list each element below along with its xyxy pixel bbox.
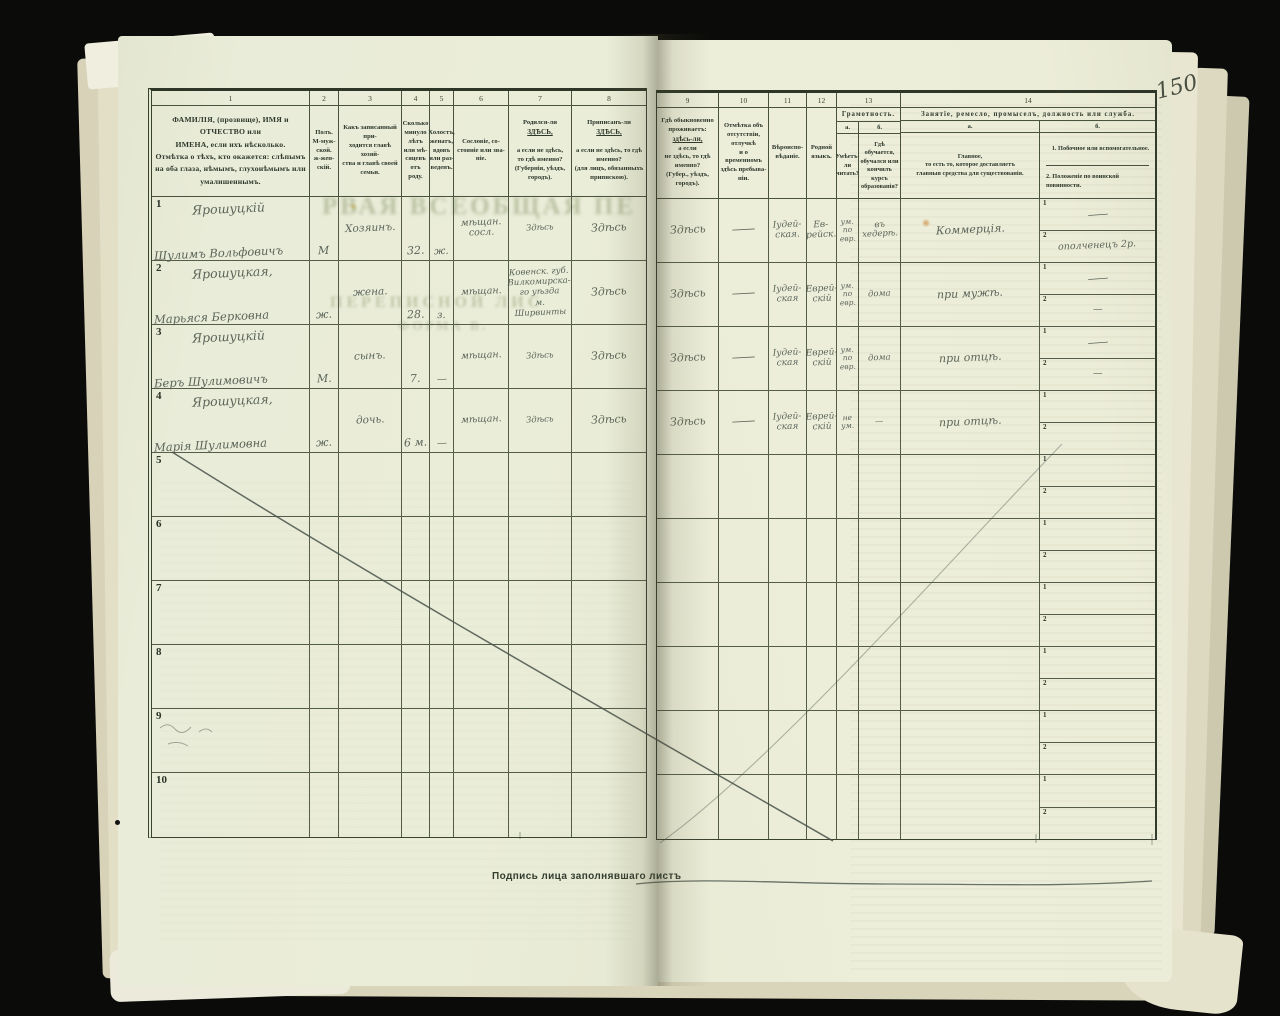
right-table-body: Здѣсь — Іудей- ская. Ев- рейск. ум. по е… bbox=[657, 199, 1155, 839]
subcell-label: 2 bbox=[1043, 295, 1047, 303]
name-cell: 3 Ярошуцкій Беръ Шулимовичъ bbox=[152, 325, 310, 388]
education-cell: — bbox=[859, 391, 901, 454]
military-status-subcell: 2 bbox=[1040, 423, 1155, 454]
birthplace-cell bbox=[509, 773, 572, 837]
header-age-column: Сколько минуло лѣтъ или мѣ- сяцевъ отъ р… bbox=[402, 106, 430, 196]
table-row: 5 bbox=[152, 453, 646, 517]
subcell-label: 2 bbox=[1043, 359, 1047, 367]
marital-cell: — bbox=[430, 325, 454, 388]
column-number: 9 bbox=[657, 93, 719, 107]
education-cell bbox=[859, 647, 901, 710]
column-number-row: 9 10 11 12 13 14 bbox=[657, 93, 1155, 108]
occupation-main-cell: при мужѣ. bbox=[901, 263, 1040, 326]
row-number: 5 bbox=[156, 454, 162, 466]
side-occupation-subcell: 1 bbox=[1040, 455, 1155, 487]
table-row: 1 2 bbox=[657, 711, 1155, 775]
registration-cell: Здѣсь bbox=[572, 261, 646, 324]
birthplace-cell bbox=[509, 709, 572, 772]
subcell-label: 2 bbox=[1043, 487, 1047, 495]
education-cell: въ хедерѣ. bbox=[859, 199, 901, 262]
column-number: 11 bbox=[769, 93, 807, 107]
education-cell bbox=[859, 519, 901, 582]
marital-cell: з. bbox=[430, 261, 454, 324]
residence-cell bbox=[657, 583, 719, 646]
header-absence-column: Отмѣтка объ отсутствіи, отлучкѣ и о врем… bbox=[719, 108, 769, 198]
literacy-b-label: б. bbox=[859, 122, 900, 133]
residence-cell bbox=[657, 519, 719, 582]
birthplace-cell bbox=[509, 517, 572, 580]
residence-cell: Здѣсь bbox=[657, 327, 719, 390]
absence-cell: — bbox=[719, 199, 769, 262]
education-cell: дома bbox=[859, 263, 901, 326]
occupation-b-label: б. bbox=[1040, 121, 1155, 132]
sex-cell bbox=[310, 453, 339, 516]
sex-cell: ж. bbox=[310, 389, 339, 452]
occupation-side-cell: 1 2 bbox=[1040, 775, 1155, 839]
subcell-label: 1 bbox=[1043, 455, 1047, 463]
relation-cell: Хозяинъ. bbox=[339, 197, 402, 260]
sex-cell: М bbox=[310, 197, 339, 260]
header-religion-column: Вѣроиспо- вѣданіе. bbox=[769, 108, 807, 198]
relation-cell: дочь. bbox=[339, 389, 402, 452]
literacy-cell bbox=[837, 711, 859, 774]
row-number: 8 bbox=[156, 646, 162, 658]
name-cell: 5 bbox=[152, 453, 310, 516]
relation-cell bbox=[339, 517, 402, 580]
header-language-column: Родной языкъ. bbox=[807, 108, 837, 198]
residence-cell bbox=[657, 711, 719, 774]
military-status-subcell: 2 bbox=[1040, 679, 1155, 710]
literacy-cell: ум. по евр. bbox=[837, 263, 859, 326]
military-status-subcell: 2 bbox=[1040, 487, 1155, 518]
residence-cell bbox=[657, 455, 719, 518]
literacy-a-desc: Умѣетъ- ли читать? bbox=[837, 134, 859, 198]
header-residence-column: Гдѣ обыкновенно проживаетъ: здѣсь-ли, а … bbox=[657, 108, 719, 198]
table-row: 3 Ярошуцкій Беръ Шулимовичъ М. сынъ. 7. … bbox=[152, 325, 646, 389]
occupation-main-cell bbox=[901, 775, 1040, 839]
census-table-right-page: 9 10 11 12 13 14 Гдѣ обыкновенно прожива… bbox=[656, 90, 1157, 840]
occupation-b-desc: 1. Побочное или вспомогательное. 2. Поло… bbox=[1040, 133, 1155, 198]
language-cell: Еврей- скій bbox=[807, 391, 837, 454]
marital-cell bbox=[430, 773, 454, 837]
age-cell bbox=[402, 517, 430, 580]
subcell-label: 1 bbox=[1043, 711, 1047, 719]
header-literacy-group: Грамотность. а. б. Умѣетъ- ли читать? Гд… bbox=[837, 108, 901, 198]
side-occupation-subcell: 1 — bbox=[1040, 199, 1155, 231]
language-cell bbox=[807, 647, 837, 710]
name-cell: 10 bbox=[152, 773, 310, 837]
header-occupation-group: Занятіе, ремесло, промыселъ, должность и… bbox=[901, 108, 1155, 198]
sex-cell bbox=[310, 773, 339, 837]
occupation-b1-desc: 1. Побочное или вспомогательное. bbox=[1046, 133, 1149, 166]
side-occupation-subcell: 1 bbox=[1040, 519, 1155, 551]
residence-cell bbox=[657, 647, 719, 710]
religion-cell bbox=[769, 583, 807, 646]
column-number: 6 bbox=[454, 91, 509, 105]
religion-cell bbox=[769, 775, 807, 839]
occupation-main-cell: Коммерція. bbox=[901, 199, 1040, 262]
table-row: 9 bbox=[152, 709, 646, 773]
estate-cell bbox=[454, 773, 509, 837]
registration-cell: Здѣсь bbox=[572, 325, 646, 388]
table-row: Здѣсь — Іудей- ская. Ев- рейск. ум. по е… bbox=[657, 199, 1155, 263]
absence-cell: — bbox=[719, 327, 769, 390]
subcell-label: 1 bbox=[1043, 263, 1047, 271]
table-row: Здѣсь — Іудей- ская Еврей- скій не ум. —… bbox=[657, 391, 1155, 455]
language-cell bbox=[807, 519, 837, 582]
military-status-subcell: 2 bbox=[1040, 808, 1155, 840]
scanned-census-book-photo: РВАЯ ВСЕОБЩАЯ ПЕ ПЕРЕПИСНОЙ ЛИС ФОРМА В.… bbox=[0, 0, 1280, 1016]
table-row: 1 2 bbox=[657, 647, 1155, 711]
age-cell bbox=[402, 709, 430, 772]
registration-cell bbox=[572, 773, 646, 837]
side-occupation-subcell: 1 bbox=[1040, 775, 1155, 808]
header-birthplace-column: Родился-ли ЗДѢСЬ, а если не здѣсь, то гд… bbox=[509, 106, 572, 196]
column-number: 4 bbox=[402, 91, 430, 105]
residence-cell: Здѣсь bbox=[657, 199, 719, 262]
surname-entry: Ярошуцкая, bbox=[192, 264, 273, 281]
relation-cell bbox=[339, 773, 402, 837]
surname-entry: Ярошуцкій bbox=[192, 200, 265, 217]
relation-cell bbox=[339, 645, 402, 708]
birthplace-cell: Здѣсь bbox=[509, 389, 572, 452]
occupation-side-cell: 1 2 bbox=[1040, 583, 1155, 646]
estate-cell bbox=[454, 645, 509, 708]
occupation-side-cell: 1 2 bbox=[1040, 519, 1155, 582]
absence-cell bbox=[719, 711, 769, 774]
header-sex-column: Полъ. М-муж- ской. ж-жен- скій. bbox=[310, 106, 339, 196]
subcell-label: 2 bbox=[1043, 615, 1047, 623]
column-number: 8 bbox=[572, 91, 646, 105]
side-occupation-subcell: 1 bbox=[1040, 391, 1155, 423]
relation-cell: жена. bbox=[339, 261, 402, 324]
literacy-cell bbox=[837, 583, 859, 646]
column-number: 5 bbox=[430, 91, 454, 105]
military-status-subcell: 2 — bbox=[1040, 359, 1155, 390]
marital-cell bbox=[430, 645, 454, 708]
absence-cell bbox=[719, 775, 769, 839]
subcell-label: 2 bbox=[1043, 231, 1047, 239]
subcell-label: 1 bbox=[1043, 647, 1047, 655]
occupation-a-desc: Главное, то есть то, которое доставляетъ… bbox=[901, 133, 1040, 198]
given-name-entry: Марьяся Берковна bbox=[154, 309, 270, 327]
religion-cell: Іудей- ская bbox=[769, 263, 807, 326]
marital-cell bbox=[430, 453, 454, 516]
table-row: 7 bbox=[152, 581, 646, 645]
registration-cell: Здѣсь bbox=[572, 197, 646, 260]
table-row: Здѣсь — Іудей- ская Еврей- скій ум. по е… bbox=[657, 263, 1155, 327]
absence-cell bbox=[719, 455, 769, 518]
subcell-label: 2 bbox=[1043, 679, 1047, 687]
side-occupation-subcell: 1 bbox=[1040, 583, 1155, 615]
paper-speck bbox=[115, 820, 120, 825]
literacy-b-desc: Гдѣ обучается, обучался или кончилъ курс… bbox=[859, 134, 900, 198]
occupation-side-cell: 1 — 2 — bbox=[1040, 327, 1155, 390]
row-number: 10 bbox=[156, 774, 167, 786]
estate-cell: мѣщан. bbox=[454, 325, 509, 388]
subcell-label: 1 bbox=[1043, 391, 1047, 399]
language-cell bbox=[807, 775, 837, 839]
military-status-subcell: 2 bbox=[1040, 615, 1155, 646]
column-number: 13 bbox=[837, 93, 901, 107]
literacy-cell bbox=[837, 455, 859, 518]
language-cell bbox=[807, 711, 837, 774]
religion-cell: Іудей- ская bbox=[769, 327, 807, 390]
age-cell: 28. bbox=[402, 261, 430, 324]
literacy-cell: ум. по евр. bbox=[837, 199, 859, 262]
age-cell bbox=[402, 773, 430, 837]
subcell-label: 1 bbox=[1043, 583, 1047, 591]
age-cell bbox=[402, 645, 430, 708]
religion-cell bbox=[769, 647, 807, 710]
marital-cell: — bbox=[430, 389, 454, 452]
age-cell bbox=[402, 453, 430, 516]
column-header-row: Гдѣ обыкновенно проживаетъ: здѣсь-ли, а … bbox=[657, 108, 1155, 199]
relation-cell bbox=[339, 581, 402, 644]
side-occupation-subcell: 1 bbox=[1040, 647, 1155, 679]
registration-cell bbox=[572, 645, 646, 708]
absence-cell bbox=[719, 647, 769, 710]
birthplace-cell: Здѣсь bbox=[509, 197, 572, 260]
subcell-label: 2 bbox=[1043, 743, 1047, 751]
sex-cell bbox=[310, 709, 339, 772]
name-cell: 2 Ярошуцкая, Марьяся Берковна bbox=[152, 261, 310, 324]
military-status-subcell: 2 — bbox=[1040, 295, 1155, 326]
subcell-label: 2 bbox=[1043, 551, 1047, 559]
occupation-main-cell: при отцѣ. bbox=[901, 391, 1040, 454]
estate-cell bbox=[454, 453, 509, 516]
subcell-label: 1 bbox=[1043, 327, 1047, 335]
relation-cell: сынъ. bbox=[339, 325, 402, 388]
education-cell bbox=[859, 711, 901, 774]
occupation-side-cell: 1 2 bbox=[1040, 455, 1155, 518]
age-cell: 32. bbox=[402, 197, 430, 260]
row-number: 7 bbox=[156, 582, 162, 594]
signature-caption: Подпись лица заполнявшаго листъ bbox=[492, 871, 681, 882]
name-cell: 7 bbox=[152, 581, 310, 644]
row-number: 9 bbox=[156, 710, 162, 722]
table-row: 4 Ярошуцкая, Марія Шулимовна ж. дочь. 6 … bbox=[152, 389, 646, 453]
marital-cell bbox=[430, 517, 454, 580]
surname-entry: Ярошуцкій bbox=[192, 328, 265, 345]
occupation-side-cell: 1 2 bbox=[1040, 391, 1155, 454]
literacy-cell: ум. по евр. bbox=[837, 327, 859, 390]
row-number: 1 bbox=[156, 198, 162, 210]
absence-cell: — bbox=[719, 263, 769, 326]
table-row: 1 2 bbox=[657, 583, 1155, 647]
estate-cell bbox=[454, 709, 509, 772]
given-name-entry: Марія Шулимовна bbox=[154, 437, 267, 455]
table-row: 1 2 bbox=[657, 519, 1155, 583]
birthplace-cell: Ковенск. губ. Вилкомирска- го уѣзда м. Ш… bbox=[509, 261, 572, 324]
religion-cell bbox=[769, 519, 807, 582]
name-cell: 9 bbox=[152, 709, 310, 772]
literacy-cell bbox=[837, 647, 859, 710]
row-number: 2 bbox=[156, 262, 162, 274]
literacy-cell bbox=[837, 519, 859, 582]
occupation-b2-desc: 2. Положеніе по воинской повинности. bbox=[1040, 166, 1155, 199]
sex-cell bbox=[310, 581, 339, 644]
column-header-row: ФАМИЛІЯ, (прозвище), ИМЯ и ОТЧЕСТВО или … bbox=[152, 106, 646, 197]
table-row: 8 bbox=[152, 645, 646, 709]
age-cell: 7. bbox=[402, 325, 430, 388]
row-number: 3 bbox=[156, 326, 162, 338]
registration-cell: Здѣсь bbox=[572, 389, 646, 452]
occupation-main-cell bbox=[901, 455, 1040, 518]
military-status-subcell: 2 ополченецъ 2р. bbox=[1040, 231, 1155, 262]
occupation-side-cell: 1 — 2 ополченецъ 2р. bbox=[1040, 199, 1155, 262]
subcell-label: 2 bbox=[1043, 423, 1047, 431]
marital-cell: ж. bbox=[430, 197, 454, 260]
table-row: 1 2 bbox=[657, 455, 1155, 519]
occupation-main-cell: при отцѣ. bbox=[901, 327, 1040, 390]
estate-cell: мѣщан. bbox=[454, 261, 509, 324]
education-cell bbox=[859, 455, 901, 518]
literacy-a-label: а. bbox=[837, 122, 859, 133]
absence-cell bbox=[719, 519, 769, 582]
marital-cell bbox=[430, 709, 454, 772]
header-registration-column: Приписанъ-ли ЗДѢСЬ, а если не здѣсь, то … bbox=[572, 106, 646, 196]
header-estate-column: Сословіе, со- стояніе или зва- ніе. bbox=[454, 106, 509, 196]
side-occupation-subcell: 1 — bbox=[1040, 263, 1155, 295]
sex-cell bbox=[310, 517, 339, 580]
occupation-main-cell bbox=[901, 583, 1040, 646]
table-row: 1 2 bbox=[657, 775, 1155, 839]
side-occupation-subcell: 1 — bbox=[1040, 327, 1155, 359]
subcell-label: 1 bbox=[1043, 199, 1047, 207]
estate-cell: мѣщан. сосл. bbox=[454, 197, 509, 260]
marital-cell bbox=[430, 581, 454, 644]
language-cell bbox=[807, 455, 837, 518]
occupation-a-label: а. bbox=[901, 121, 1040, 132]
language-cell bbox=[807, 583, 837, 646]
birthplace-cell bbox=[509, 453, 572, 516]
religion-cell: Іудей- ская. bbox=[769, 199, 807, 262]
row-number: 6 bbox=[156, 518, 162, 530]
religion-cell bbox=[769, 455, 807, 518]
occupation-main-cell bbox=[901, 519, 1040, 582]
relation-cell bbox=[339, 453, 402, 516]
religion-cell bbox=[769, 711, 807, 774]
column-number: 2 bbox=[310, 91, 339, 105]
subcell-label: 1 bbox=[1043, 775, 1047, 783]
column-number: 12 bbox=[807, 93, 837, 107]
table-row: Здѣсь — Іудей- ская Еврей- скій ум. по е… bbox=[657, 327, 1155, 391]
column-number: 3 bbox=[339, 91, 402, 105]
table-row: 1 Ярошуцкій Шулимъ Вольфовичъ М Хозяинъ.… bbox=[152, 197, 646, 261]
row-number: 4 bbox=[156, 390, 162, 402]
education-cell: дома bbox=[859, 327, 901, 390]
religion-cell: Іудей- ская bbox=[769, 391, 807, 454]
name-cell: 1 Ярошуцкій Шулимъ Вольфовичъ bbox=[152, 197, 310, 260]
absence-cell: — bbox=[719, 391, 769, 454]
occupation-main-cell bbox=[901, 711, 1040, 774]
occupation-side-cell: 1 2 bbox=[1040, 711, 1155, 774]
subcell-label: 1 bbox=[1043, 519, 1047, 527]
occupation-side-cell: 1 2 bbox=[1040, 647, 1155, 710]
literacy-cell: не ум. bbox=[837, 391, 859, 454]
residence-cell: Здѣсь bbox=[657, 391, 719, 454]
literacy-cell bbox=[837, 775, 859, 839]
birthplace-cell bbox=[509, 645, 572, 708]
registration-cell bbox=[572, 709, 646, 772]
occupation-group-title: Занятіе, ремесло, промыселъ, должность и… bbox=[901, 108, 1155, 121]
birthplace-cell: Здѣсь bbox=[509, 325, 572, 388]
column-number-row: 1 2 3 4 5 6 7 8 bbox=[152, 91, 646, 106]
occupation-main-cell bbox=[901, 647, 1040, 710]
registration-cell bbox=[572, 453, 646, 516]
language-cell: Еврей- скій bbox=[807, 327, 837, 390]
military-status-subcell: 2 bbox=[1040, 743, 1155, 774]
name-cell: 4 Ярошуцкая, Марія Шулимовна bbox=[152, 389, 310, 452]
header-marital-column: Холостъ, женатъ, вдовъ или раз- веденъ. bbox=[430, 106, 454, 196]
relation-cell bbox=[339, 709, 402, 772]
military-status-subcell: 2 bbox=[1040, 551, 1155, 582]
estate-cell: мѣщан. bbox=[454, 389, 509, 452]
column-number: 14 bbox=[901, 93, 1155, 107]
estate-cell bbox=[454, 581, 509, 644]
name-cell: 8 bbox=[152, 645, 310, 708]
left-table-body: 1 Ярошуцкій Шулимъ Вольфовичъ М Хозяинъ.… bbox=[152, 197, 646, 837]
given-name-entry: Беръ Шулимовичъ bbox=[154, 373, 268, 391]
education-cell bbox=[859, 775, 901, 839]
surname-entry: Ярошуцкая, bbox=[192, 392, 273, 409]
table-row: 6 bbox=[152, 517, 646, 581]
residence-cell: Здѣсь bbox=[657, 263, 719, 326]
column-number: 7 bbox=[509, 91, 572, 105]
birthplace-cell bbox=[509, 581, 572, 644]
estate-cell bbox=[454, 517, 509, 580]
literacy-group-title: Грамотность. bbox=[837, 108, 900, 122]
age-cell: 6 м. bbox=[402, 389, 430, 452]
registration-cell bbox=[572, 517, 646, 580]
language-cell: Еврей- скій bbox=[807, 263, 837, 326]
side-occupation-subcell: 1 bbox=[1040, 711, 1155, 743]
column-number: 1 bbox=[152, 91, 310, 105]
age-cell bbox=[402, 581, 430, 644]
table-row: 2 Ярошуцкая, Марьяся Берковна ж. жена. 2… bbox=[152, 261, 646, 325]
sex-cell: ж. bbox=[310, 261, 339, 324]
language-cell: Ев- рейск. bbox=[807, 199, 837, 262]
absence-cell bbox=[719, 583, 769, 646]
header-relation-column: Какъ записанный при- ходится главѣ хозяй… bbox=[339, 106, 402, 196]
column-number: 10 bbox=[719, 93, 769, 107]
subcell-label: 2 bbox=[1043, 808, 1047, 816]
sex-cell bbox=[310, 645, 339, 708]
residence-cell bbox=[657, 775, 719, 839]
occupation-side-cell: 1 — 2 — bbox=[1040, 263, 1155, 326]
census-table-left-page: 1 2 3 4 5 6 7 8 ФАМИЛІЯ, (прозвище), ИМЯ… bbox=[148, 88, 647, 838]
table-row: 10 bbox=[152, 773, 646, 837]
sex-cell: М. bbox=[310, 325, 339, 388]
name-cell: 6 bbox=[152, 517, 310, 580]
header-name-column: ФАМИЛІЯ, (прозвище), ИМЯ и ОТЧЕСТВО или … bbox=[152, 106, 310, 196]
registration-cell bbox=[572, 581, 646, 644]
education-cell bbox=[859, 583, 901, 646]
